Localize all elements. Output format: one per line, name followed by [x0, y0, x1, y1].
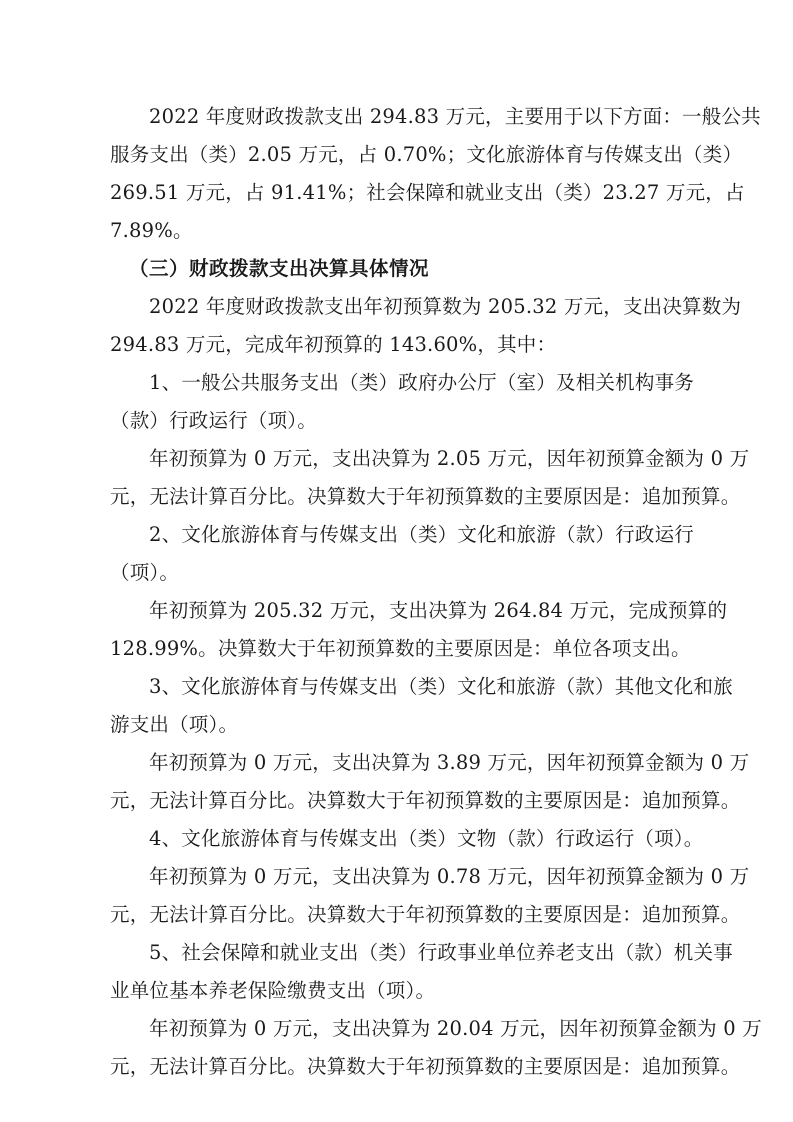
list-item-3: 3、文化旅游体育与传媒支出（类）文化和旅游（款）其他文化和旅 游支出（项）。: [110, 668, 694, 744]
text-line: 3、文化旅游体育与传媒支出（类）文化和旅游（款）其他文化和旅: [110, 668, 694, 706]
text-line: 2、文化旅游体育与传媒支出（类）文化和旅游（款）行政运行: [110, 516, 694, 554]
text-line: 年初预算为 0 万元，支出决算为 0.78 万元，因年初预算金额为 0 万: [110, 858, 694, 896]
text-line: 元，无法计算百分比。决算数大于年初预算数的主要原因是：追加预算。: [110, 1048, 694, 1086]
list-item-2: 2、文化旅游体育与传媒支出（类）文化和旅游（款）行政运行 （项）。: [110, 516, 694, 592]
text-line: 年初预算为 205.32 万元，支出决算为 264.84 万元，完成预算的: [110, 592, 694, 630]
text-line: 元，无法计算百分比。决算数大于年初预算数的主要原因是：追加预算。: [110, 782, 694, 820]
document-page: 2022 年度财政拨款支出 294.83 万元，主要用于以下方面：一般公共 服务…: [110, 98, 694, 1086]
text-line: 业单位基本养老保险缴费支出（项）。: [110, 972, 694, 1010]
list-item-4-detail: 年初预算为 0 万元，支出决算为 0.78 万元，因年初预算金额为 0 万 元，…: [110, 858, 694, 934]
text-line: （项）。: [110, 554, 694, 592]
text-line: （款）行政运行（项）。: [110, 402, 694, 440]
text-line: 2022 年度财政拨款支出年初预算数为 205.32 万元，支出决算数为: [110, 288, 694, 326]
list-item-2-detail: 年初预算为 205.32 万元，支出决算为 264.84 万元，完成预算的 12…: [110, 592, 694, 668]
text-line: 游支出（项）。: [110, 706, 694, 744]
text-line: 年初预算为 0 万元，支出决算为 2.05 万元，因年初预算金额为 0 万: [110, 440, 694, 478]
section-heading: （三）财政拨款支出决算具体情况: [110, 250, 694, 288]
text-line: 4、文化旅游体育与传媒支出（类）文物（款）行政运行（项）。: [110, 820, 694, 858]
paragraph-expenditure-summary: 2022 年度财政拨款支出 294.83 万元，主要用于以下方面：一般公共 服务…: [110, 98, 694, 250]
text-line: 128.99%。决算数大于年初预算数的主要原因是：单位各项支出。: [110, 630, 694, 668]
text-line: 269.51 万元，占 91.41%；社会保障和就业支出（类）23.27 万元，…: [110, 174, 694, 212]
text-line: 1、一般公共服务支出（类）政府办公厅（室）及相关机构事务: [110, 364, 694, 402]
list-item-3-detail: 年初预算为 0 万元，支出决算为 3.89 万元，因年初预算金额为 0 万 元，…: [110, 744, 694, 820]
text-line: 元，无法计算百分比。决算数大于年初预算数的主要原因是：追加预算。: [110, 896, 694, 934]
text-line: 294.83 万元，完成年初预算的 143.60%，其中：: [110, 326, 694, 364]
text-line: 年初预算为 0 万元，支出决算为 3.89 万元，因年初预算金额为 0 万: [110, 744, 694, 782]
list-item-1: 1、一般公共服务支出（类）政府办公厅（室）及相关机构事务 （款）行政运行（项）。: [110, 364, 694, 440]
paragraph-budget-overview: 2022 年度财政拨款支出年初预算数为 205.32 万元，支出决算数为 294…: [110, 288, 694, 364]
text-line: 服务支出（类）2.05 万元，占 0.70%；文化旅游体育与传媒支出（类）: [110, 136, 694, 174]
text-line: 2022 年度财政拨款支出 294.83 万元，主要用于以下方面：一般公共: [110, 98, 694, 136]
text-line: 元，无法计算百分比。决算数大于年初预算数的主要原因是：追加预算。: [110, 478, 694, 516]
list-item-5: 5、社会保障和就业支出（类）行政事业单位养老支出（款）机关事 业单位基本养老保险…: [110, 934, 694, 1010]
list-item-1-detail: 年初预算为 0 万元，支出决算为 2.05 万元，因年初预算金额为 0 万 元，…: [110, 440, 694, 516]
list-item-5-detail: 年初预算为 0 万元，支出决算为 20.04 万元，因年初预算金额为 0 万 元…: [110, 1010, 694, 1086]
text-line: 年初预算为 0 万元，支出决算为 20.04 万元，因年初预算金额为 0 万: [110, 1010, 694, 1048]
list-item-4: 4、文化旅游体育与传媒支出（类）文物（款）行政运行（项）。: [110, 820, 694, 858]
text-line: 5、社会保障和就业支出（类）行政事业单位养老支出（款）机关事: [110, 934, 694, 972]
text-line: 7.89%。: [110, 212, 694, 250]
